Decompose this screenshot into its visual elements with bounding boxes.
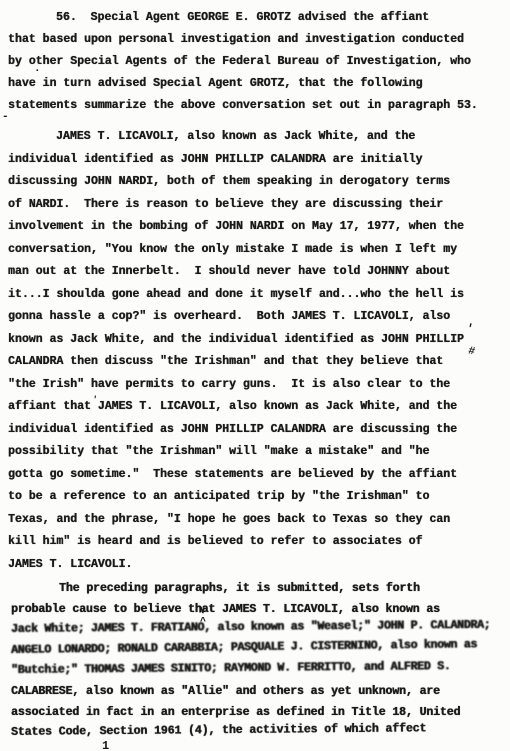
stray-ink-dash: - [2,112,9,123]
text-line: gotta go sometime." These statements are… [8,464,508,487]
text-line: involvement in the bombing of JOHN NARDI… [8,216,508,239]
text-line: possibility that "the Irishman" will "ma… [8,441,508,464]
text-line: man out at the Innerbelt. I should never… [8,261,508,284]
text-line: it...I shoulda gone ahead and done it my… [8,284,508,307]
text-line: have in turn advised Special Agent GROTZ… [8,73,508,95]
affidavit-page: 56. Special Agent GEORGE E. GROTZ advise… [0,0,510,751]
text-line: The preceding paragraphs, it is submitte… [11,579,508,600]
paragraph-probable-cause: The preceding paragraphs, it is submitte… [0,579,510,744]
text-line: individual identified as JOHN PHILLIP CA… [8,149,508,172]
text-line: 56. Special Agent GEORGE E. GROTZ advise… [8,7,508,29]
paragraph-summary: JAMES T. LICAVOLI, also known as Jack Wh… [0,126,510,576]
text-line: individual identified as JOHN PHILLIP CA… [8,419,508,442]
text-line: by other Special Agents of the Federal B… [8,51,508,73]
text-line: CALABRESE, also known as "Allie" and oth… [11,682,508,703]
text-line: States Code, Section 1961 (4), the activ… [11,719,508,744]
stray-bottom-mark: 1 [102,740,109,751]
text-line: "the Irish" have permits to carry guns. … [8,374,508,397]
text-line: discussing JOHN NARDI, both of them spea… [8,171,508,194]
text-line: CALANDRA then discuss "the Irishman" and… [8,351,508,374]
handwritten-caret-mark: ^ [200,618,206,628]
text-line: affiant that JAMES T. LICAVOLI, also kno… [8,396,508,419]
text-line: to be a reference to an anticipated trip… [8,486,508,509]
text-line: kill him" is heard and is believed to re… [8,531,508,554]
paragraph-56: 56. Special Agent GEORGE E. GROTZ advise… [0,0,510,117]
text-line: JAMES T. LICAVOLI, also known as Jack Wh… [8,126,508,149]
text-line: gonna hassle a cop?" is overheard. Both … [8,306,508,329]
text-line: statements summarize the above conversat… [8,95,508,117]
text-line: of NARDI. There is reason to believe the… [8,194,508,217]
text-line: "Butchie;" THOMAS JAMES SINITO; RAYMOND … [11,657,508,682]
stray-ink-dot: . [34,64,41,75]
text-line: that based upon personal investigation a… [8,29,508,51]
text-line: conversation, "You know the only mistake… [8,239,508,262]
text-line: known as Jack White, and the individual … [8,329,508,352]
text-line: Texas, and the phrase, "I hope he goes b… [8,509,508,532]
text-line: JAMES T. LICAVOLI. [8,554,508,577]
